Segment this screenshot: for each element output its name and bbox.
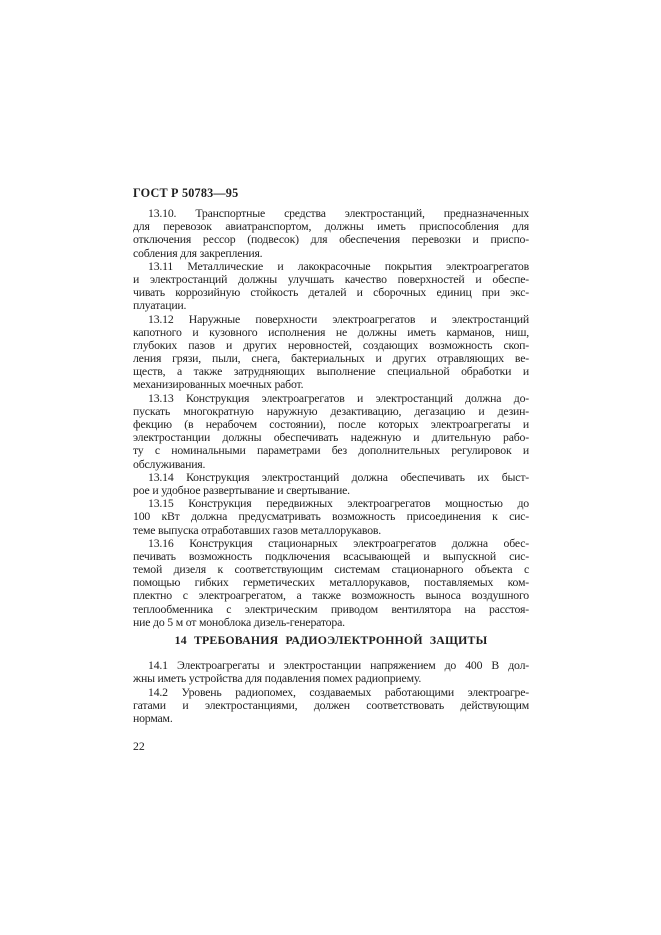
text-line: чивать коррозийную стойкость деталей и с… <box>133 286 529 299</box>
text-line: 13.15 Конструкция передвижных электроагр… <box>133 497 529 510</box>
text-line: 14.2 Уровень радиопомех, создаваемых раб… <box>133 686 529 699</box>
scanned-page: ГОСТ Р 50783—95 13.10. Транспортные сред… <box>0 0 661 935</box>
text-line: электростанции должны обеспечивать надеж… <box>133 431 529 444</box>
paragraph-13-15: 13.15 Конструкция передвижных электроагр… <box>133 497 529 537</box>
text-line: пускать многократную наружную дезактивац… <box>133 405 529 418</box>
text-line: печивать возможность подключения всасыва… <box>133 550 529 563</box>
paragraph-13-11: 13.11 Металлические и лакокрасочные покр… <box>133 260 529 313</box>
text-line: рое и удобное развертывание и свертывани… <box>133 484 529 497</box>
text-line: механизированных моечных работ. <box>133 378 529 391</box>
text-line: фекцию (в нерабочем состоянии), после ко… <box>133 418 529 431</box>
standard-number-header: ГОСТ Р 50783—95 <box>133 187 529 200</box>
paragraph-14-1: 14.1 Электроагрегаты и электростанции на… <box>133 659 529 685</box>
text-line: темой дизеля к соответствующим системам … <box>133 563 529 576</box>
text-line: нормам. <box>133 712 529 725</box>
text-line: собления для закрепления. <box>133 247 529 260</box>
page-number: 22 <box>133 740 529 753</box>
text-line: ществ, а также затрудняющих выполнение с… <box>133 365 529 378</box>
text-line: теплообменника с электрическим приводом … <box>133 603 529 616</box>
text-line: гатами и электростанциями, должен соотве… <box>133 699 529 712</box>
text-block: ГОСТ Р 50783—95 13.10. Транспортные сред… <box>133 187 529 753</box>
text-line: 14.1 Электроагрегаты и электростанции на… <box>133 659 529 672</box>
paragraph-13-14: 13.14 Конструкция электростанций должна … <box>133 471 529 497</box>
text-line: обслуживания. <box>133 458 529 471</box>
text-line: теме выпуска отработавших газов металлор… <box>133 524 529 537</box>
paragraph-13-12: 13.12 Наружные поверхности электроагрега… <box>133 313 529 392</box>
text-line: 13.12 Наружные поверхности электроагрега… <box>133 313 529 326</box>
text-line: помощью гибких герметических металлорука… <box>133 576 529 589</box>
paragraph-14-2: 14.2 Уровень радиопомех, создаваемых раб… <box>133 686 529 726</box>
text-line: ние до 5 м от моноблока дизель-генератор… <box>133 616 529 629</box>
text-line: 100 кВт должна предусматривать возможнос… <box>133 510 529 523</box>
text-line: и электростанций должны улучшать качеств… <box>133 273 529 286</box>
section-heading: 14 ТРЕБОВАНИЯ РАДИОЭЛЕКТРОННОЙ ЗАЩИТЫ <box>133 634 529 647</box>
text-line: 13.16 Конструкция стационарных электроаг… <box>133 537 529 550</box>
paragraph-13-13: 13.13 Конструкция электроагрегатов и эле… <box>133 392 529 471</box>
text-line: ту с номинальными параметрами без дополн… <box>133 444 529 457</box>
paragraph-13-10: 13.10. Транспортные средства электростан… <box>133 207 529 260</box>
text-line: капотного и кузовного исполнения не долж… <box>133 326 529 339</box>
text-line: 13.13 Конструкция электроагрегатов и эле… <box>133 392 529 405</box>
text-line: для перевозок авиатранспортом, должны им… <box>133 220 529 233</box>
text-line: жны иметь устройства для подавления поме… <box>133 672 529 685</box>
text-line: ления грязи, пыли, снега, бактериальных … <box>133 352 529 365</box>
text-line: плуатации. <box>133 299 529 312</box>
text-line: глубоких пазов и других неровностей, соз… <box>133 339 529 352</box>
text-line: отключения рессор (подвесок) для обеспеч… <box>133 233 529 246</box>
paragraph-13-16: 13.16 Конструкция стационарных электроаг… <box>133 537 529 629</box>
text-line: 13.14 Конструкция электростанций должна … <box>133 471 529 484</box>
text-line: плектно с электроагрегатом, а также возм… <box>133 589 529 602</box>
text-line: 13.10. Транспортные средства электростан… <box>133 207 529 220</box>
text-line: 13.11 Металлические и лакокрасочные покр… <box>133 260 529 273</box>
